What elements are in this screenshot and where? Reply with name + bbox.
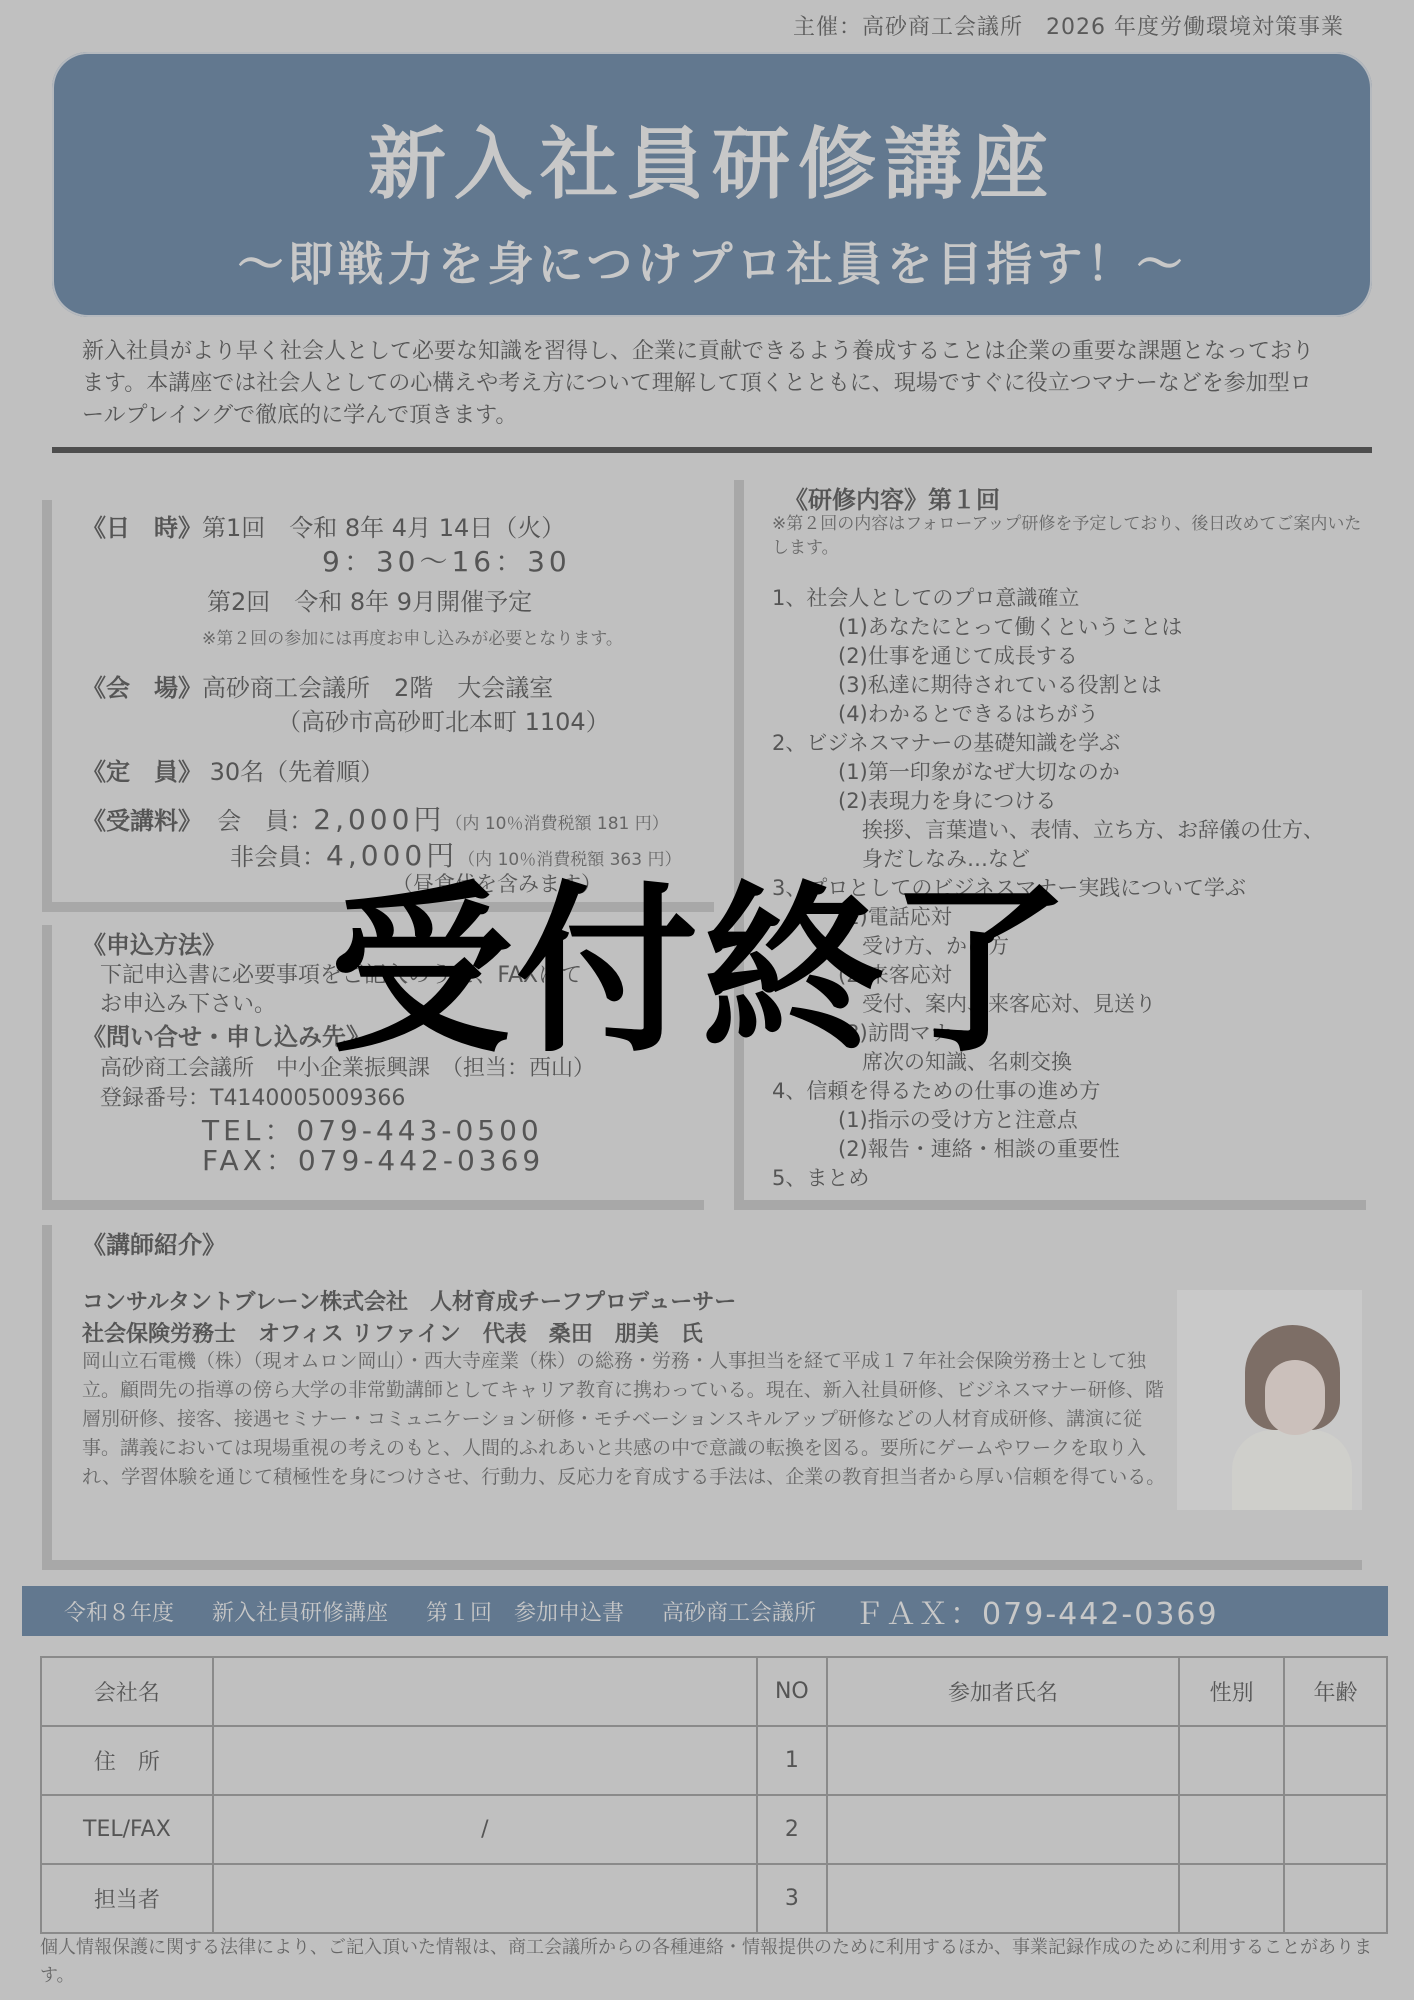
telfax-label: TEL/FAX	[41, 1795, 213, 1864]
application-form-table: 会社名 NO 参加者氏名 性別 年齢 住 所 1 TEL/FAX / 2 担当者…	[40, 1656, 1388, 1934]
date-label: 《日 時》	[82, 514, 202, 542]
address-input[interactable]	[213, 1726, 757, 1795]
company-label: 会社名	[41, 1657, 213, 1726]
participant-name-input[interactable]	[827, 1795, 1179, 1864]
date-row: 《日 時》第1回 令和 8年 4月 14日（火）	[82, 508, 565, 543]
apply-method-line2: お申込み下さい。	[100, 987, 276, 1018]
instructor-panel: 《講師紹介》 コンサルタントブレーン株式会社 人材育成チーフプロデューサー 社会…	[42, 1225, 1362, 1570]
registration-number: 登録番号：T4140005009366	[100, 1081, 405, 1112]
gender-header: 性別	[1179, 1657, 1284, 1726]
training-content-panel: 《研修内容》第１回 ※第２回の内容はフォローアップ研修を予定しており、後日改めて…	[734, 480, 1366, 1210]
form-fax: ＦＡＸ：079-442-0369	[854, 1589, 1219, 1633]
content-heading: 《研修内容》第１回	[784, 480, 1000, 515]
table-row: 担当者 3	[41, 1864, 1387, 1933]
address-label: 住 所	[41, 1726, 213, 1795]
participant-name-input[interactable]	[827, 1864, 1179, 1933]
list-item: (2)仕事を通じて成長する	[772, 642, 1372, 671]
age-input[interactable]	[1284, 1864, 1387, 1933]
contact-person-input[interactable]	[213, 1864, 757, 1933]
page-title: 新入社員研修講座	[52, 102, 1372, 214]
list-item: (4)わかるとできるはちがう	[772, 700, 1372, 729]
row-number: 3	[757, 1864, 827, 1933]
company-input[interactable]	[213, 1657, 757, 1726]
no-header: NO	[757, 1657, 827, 1726]
list-item: 挨拶、言葉遣い、表情、立ち方、お辞儀の仕方、	[772, 816, 1372, 845]
sponsor-line: 主催：高砂商工会議所 2026 年度労働環境対策事業	[793, 10, 1344, 41]
contact-fax: FAX：079-442-0369	[202, 1139, 544, 1179]
form-year: 令和８年度	[64, 1596, 174, 1627]
gender-input[interactable]	[1179, 1726, 1284, 1795]
list-item: (1)あなたにとって働くということは	[772, 613, 1372, 642]
list-item: 5、まとめ	[772, 1164, 1372, 1193]
list-item: (1)第一印象がなぜ大切なのか	[772, 758, 1372, 787]
form-course: 新入社員研修講座	[212, 1596, 388, 1627]
session2-note: ※第２回の参加には再度お申し込みが必要となります。	[202, 624, 623, 649]
gender-input[interactable]	[1179, 1795, 1284, 1864]
participant-name-input[interactable]	[827, 1726, 1179, 1795]
age-input[interactable]	[1284, 1726, 1387, 1795]
gender-input[interactable]	[1179, 1864, 1284, 1933]
form-session: 第１回 参加申込書	[426, 1596, 624, 1627]
list-item: (2)報告・連絡・相談の重要性	[772, 1135, 1372, 1164]
venue-row: 《会 場》高砂商工会議所 2階 大会議室	[82, 668, 553, 703]
details-panel: 《日 時》第1回 令和 8年 4月 14日（火） 9：30～16：30 第2回 …	[42, 500, 714, 912]
list-item: (3)私達に期待されている役割とは	[772, 671, 1372, 700]
registration-closed-stamp: 受付終了	[330, 880, 1074, 1062]
session2-date: 第2回 令和 8年 9月開催予定	[207, 582, 532, 617]
list-item: 1、社会人としてのプロ意識確立	[772, 584, 1372, 613]
capacity-value: 30名（先着順）	[210, 758, 385, 786]
fee-member-value: 2,000円	[313, 803, 445, 836]
venue-label: 《会 場》	[82, 674, 202, 702]
telfax-input[interactable]: /	[213, 1795, 757, 1864]
venue-address: （高砂市高砂町北本町 1104）	[277, 702, 610, 737]
form-org: 高砂商工会議所	[662, 1596, 816, 1627]
content-note: ※第２回の内容はフォローアップ研修を予定しており、後日改めてご案内いたします。	[772, 512, 1372, 560]
title-banner: 新入社員研修講座 ～即戦力を身につけプロ社員を目指す！～	[52, 52, 1372, 317]
row-number: 2	[757, 1795, 827, 1864]
contact-person-label: 担当者	[41, 1864, 213, 1933]
row-number: 1	[757, 1726, 827, 1795]
table-row: TEL/FAX / 2	[41, 1795, 1387, 1864]
age-header: 年齢	[1284, 1657, 1387, 1726]
instructor-heading: 《講師紹介》	[82, 1225, 226, 1260]
fee-label: 《受講料》	[82, 807, 202, 835]
table-row: 会社名 NO 参加者氏名 性別 年齢	[41, 1657, 1387, 1726]
divider	[52, 447, 1372, 453]
capacity-row: 《定 員》 30名（先着順）	[82, 752, 384, 787]
participant-header: 参加者氏名	[827, 1657, 1179, 1726]
fee-nonmember-label: 非会員：	[230, 843, 326, 871]
instructor-name: 社会保険労務士 オフィス リファイン 代表 桑田 朋美 氏	[82, 1317, 703, 1348]
list-item: 2、ビジネスマナーの基礎知識を学ぶ	[772, 729, 1372, 758]
apply-method-label: 《申込方法》	[82, 925, 226, 960]
instructor-company: コンサルタントブレーン株式会社 人材育成チーフプロデューサー	[82, 1285, 736, 1316]
table-row: 住 所 1	[41, 1726, 1387, 1795]
instructor-bio: 岡山立石電機（株）（現オムロン岡山）・西大寺産業（株）の総務・労務・人事担当を経…	[82, 1347, 1177, 1492]
fee-member-tax: （内 10％消費税額 181 円）	[445, 814, 668, 834]
fee-member-label: 会 員：	[217, 807, 313, 835]
session1-time: 9：30～16：30	[322, 540, 571, 580]
list-item: (2)表現力を身につける	[772, 787, 1372, 816]
application-form-header: 令和８年度 新入社員研修講座 第１回 参加申込書 高砂商工会議所 ＦＡＸ：079…	[22, 1586, 1388, 1636]
age-input[interactable]	[1284, 1795, 1387, 1864]
session1-date: 第1回 令和 8年 4月 14日（火）	[202, 514, 565, 542]
photo-face-shape	[1265, 1360, 1325, 1435]
list-item: 4、信頼を得るための仕事の進め方	[772, 1077, 1372, 1106]
list-item: (1)指示の受け方と注意点	[772, 1106, 1372, 1135]
privacy-notice: 個人情報保護に関する法律により、ご記入頂いた情報は、商工会議所からの各種連絡・情…	[40, 1934, 1390, 1990]
intro-text: 新入社員がより早く社会人として必要な知識を習得し、企業に貢献できるよう養成するこ…	[82, 336, 1322, 432]
instructor-photo	[1177, 1290, 1362, 1510]
fee-member-row: 《受講料》 会 員：2,000円（内 10％消費税額 181 円）	[82, 798, 669, 838]
capacity-label: 《定 員》	[82, 758, 202, 786]
contact-label: 《問い合せ・申し込み先》	[82, 1017, 370, 1052]
photo-body-shape	[1232, 1430, 1352, 1510]
venue-name: 高砂商工会議所 2階 大会議室	[202, 674, 553, 702]
page-subtitle: ～即戦力を身につけプロ社員を目指す！～	[52, 228, 1372, 294]
